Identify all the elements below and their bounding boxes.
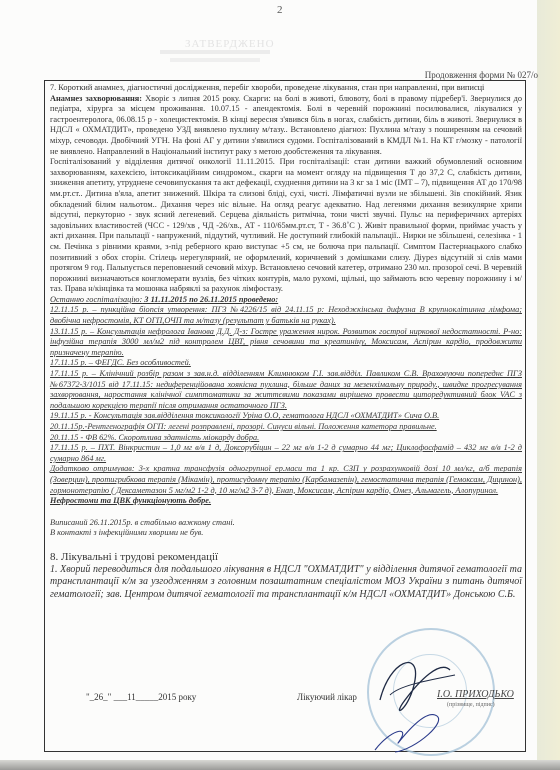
section-7-title: 7. Короткий анамнез, діагностичні дослід… xyxy=(50,83,522,94)
procedure-entry: 17.11.15 р. – Клінічний розбір разом з з… xyxy=(50,369,522,411)
scan-edge-right xyxy=(537,0,560,770)
procedure-entry: 13.11.15 р. – Консультація нефролога Іва… xyxy=(50,327,522,359)
procedure-entry: 17.11.15 р. – ПХТ. Вінкристин – 1,0 мг в… xyxy=(50,443,522,464)
anamnesis-paragraph: Анамнез захворювання: Хворіє з липня 201… xyxy=(50,94,522,158)
procedure-entry: 12.11.15 р. – пункційна біопсія утворенн… xyxy=(50,305,522,326)
signature-date: "_26_" ___11_____2015 року xyxy=(86,692,196,702)
signature-icon xyxy=(360,640,470,760)
scan-edge-bottom xyxy=(0,760,560,770)
procedure-entry: 17.11.15 р. – ФЕГДС. Без особливостей. xyxy=(50,358,522,369)
procedure-entry: 19.11.15 р. - Консультація зав.відділенн… xyxy=(50,411,522,422)
bleed-through-line xyxy=(170,58,260,62)
bleed-through-line xyxy=(160,50,270,54)
procedure-entry: 20.11.15 - ФВ 62%. Скоротлива здатність … xyxy=(50,433,522,444)
stay-dates: З 11.11.2015 по 26.11.2015 проведено: xyxy=(142,295,278,304)
procedure-entry: 20.11.15р.-Рентгенографія ОГП: легені ро… xyxy=(50,422,522,433)
page-number: 2 xyxy=(277,4,283,16)
doctor-name-caption: (прізвище, підпис) xyxy=(447,702,495,708)
additional-treatment: Додатково отримував: 3-х кратна трансфуз… xyxy=(50,464,522,496)
contact-note: В контакті з інфекційними хворими не був… xyxy=(50,528,522,539)
anamnesis-label: Анамнез захворювання: xyxy=(50,94,142,103)
section-7-body: 7. Короткий анамнез, діагностичні дослід… xyxy=(50,83,522,601)
discharge-note: Виписаний 26.11.2015р. в стабільно важко… xyxy=(50,518,522,529)
attending-doctor-label: Лікуючий лікар xyxy=(297,692,357,702)
form-continuation-label: Продовження форми № 027/о xyxy=(425,70,538,80)
section-8-title: 8. Лікувальні і трудові рекомендації xyxy=(50,550,522,564)
stay-label: Останню госпіталізацію: xyxy=(50,295,142,304)
hospitalization-paragraph: Госпіталізований у відділення дитячої он… xyxy=(50,157,522,295)
attending-doctor-name: І.О. ПРИХОДЬКО xyxy=(437,689,514,700)
stay-heading: Останню госпіталізацію: З 11.11.2015 по … xyxy=(50,295,522,306)
recommendation-text: 1. Хворий переводиться для подальшого лі… xyxy=(50,564,522,601)
nephrostomy-status: Нефростоми та ЦВК функціонують добре. xyxy=(50,496,522,507)
bleed-through-text: ЗАТВЕРДЖЕНО xyxy=(185,38,275,50)
